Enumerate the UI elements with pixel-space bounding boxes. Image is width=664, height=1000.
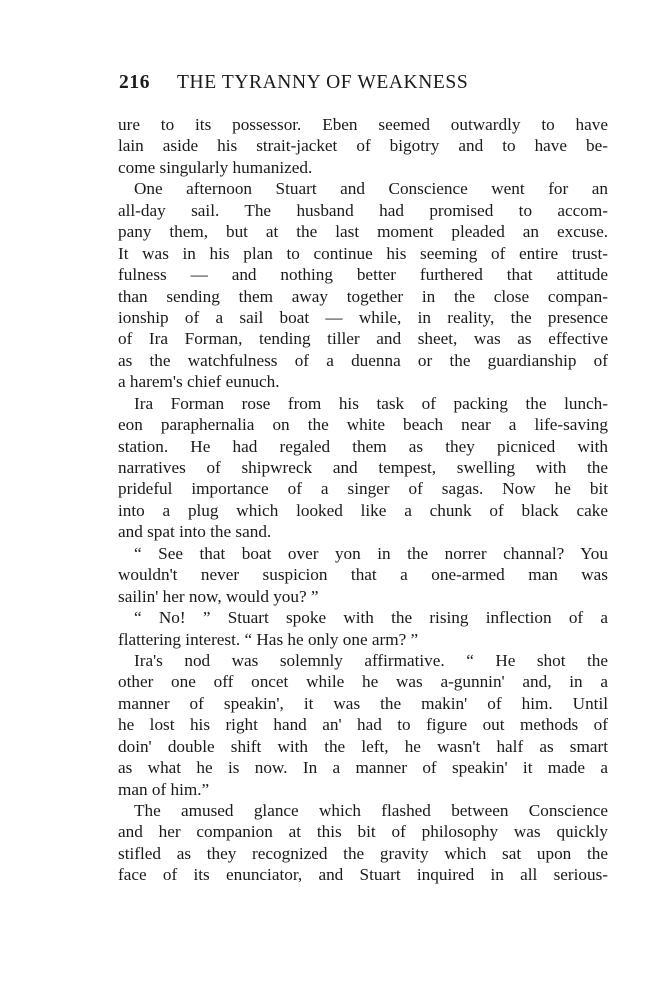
text-line: The amused glance which flashed between … (118, 800, 608, 821)
text-line: narratives of shipwreck and tempest, swe… (118, 457, 608, 478)
text-line: station. He had regaled them as they pic… (118, 436, 608, 457)
text-line: One afternoon Stuart and Conscience went… (118, 178, 608, 199)
text-line: doin' double shift with the left, he was… (118, 736, 608, 757)
text-line: face of its enunciator, and Stuart inqui… (118, 864, 608, 885)
text-line: Ira Forman rose from his task of packing… (118, 393, 608, 414)
text-line: all-day sail. The husband had promised t… (118, 200, 608, 221)
text-line: “ See that boat over yon in the norrer c… (118, 543, 608, 564)
page-number: 216 (119, 72, 150, 94)
text-line: as the watchfulness of a duenna or the g… (118, 350, 608, 371)
text-line: manner of speakin', it was the makin' of… (118, 693, 608, 714)
text-line: wouldn't never suspicion that a one-arme… (118, 564, 608, 585)
text-line: of Ira Forman, tending tiller and sheet,… (118, 328, 608, 349)
text-line: and spat into the sand. (118, 521, 608, 542)
text-line: sailin' her now, would you? ” (118, 586, 608, 607)
running-header: 216 THE TYRANNY OF WEAKNESS (119, 72, 609, 98)
text-line: as what he is now. In a manner of speaki… (118, 757, 608, 778)
text-line: come singularly humanized. (118, 157, 608, 178)
text-line: pany them, but at the last moment pleade… (118, 221, 608, 242)
text-line: than sending them away together in the c… (118, 286, 608, 307)
text-line: into a plug which looked like a chunk of… (118, 500, 608, 521)
text-line: ure to its possessor. Eben seemed outwar… (118, 114, 608, 135)
text-line: lain aside his strait-jacket of bigotry … (118, 135, 608, 156)
text-line: fulness — and nothing better furthered t… (118, 264, 608, 285)
text-line: Ira's nod was solemnly affirmative. “ He… (118, 650, 608, 671)
text-line: eon paraphernalia on the white beach nea… (118, 414, 608, 435)
text-line: stifled as they recognized the gravity w… (118, 843, 608, 864)
text-line: he lost his right hand an' had to figure… (118, 714, 608, 735)
text-line: a harem's chief eunuch. (118, 371, 608, 392)
body-text: ure to its possessor. Eben seemed outwar… (118, 114, 608, 886)
text-line: prideful importance of a singer of sagas… (118, 478, 608, 499)
text-line: ionship of a sail boat — while, in reali… (118, 307, 608, 328)
text-line: other one off oncet while he was a-gunni… (118, 671, 608, 692)
text-line: man of him.” (118, 779, 608, 800)
text-line: It was in his plan to continue his seemi… (118, 243, 608, 264)
text-line: and her companion at this bit of philoso… (118, 821, 608, 842)
text-line: “ No! ” Stuart spoke with the rising inf… (118, 607, 608, 628)
running-title: THE TYRANNY OF WEAKNESS (177, 72, 468, 94)
text-line: flattering interest. “ Has he only one a… (118, 629, 608, 650)
